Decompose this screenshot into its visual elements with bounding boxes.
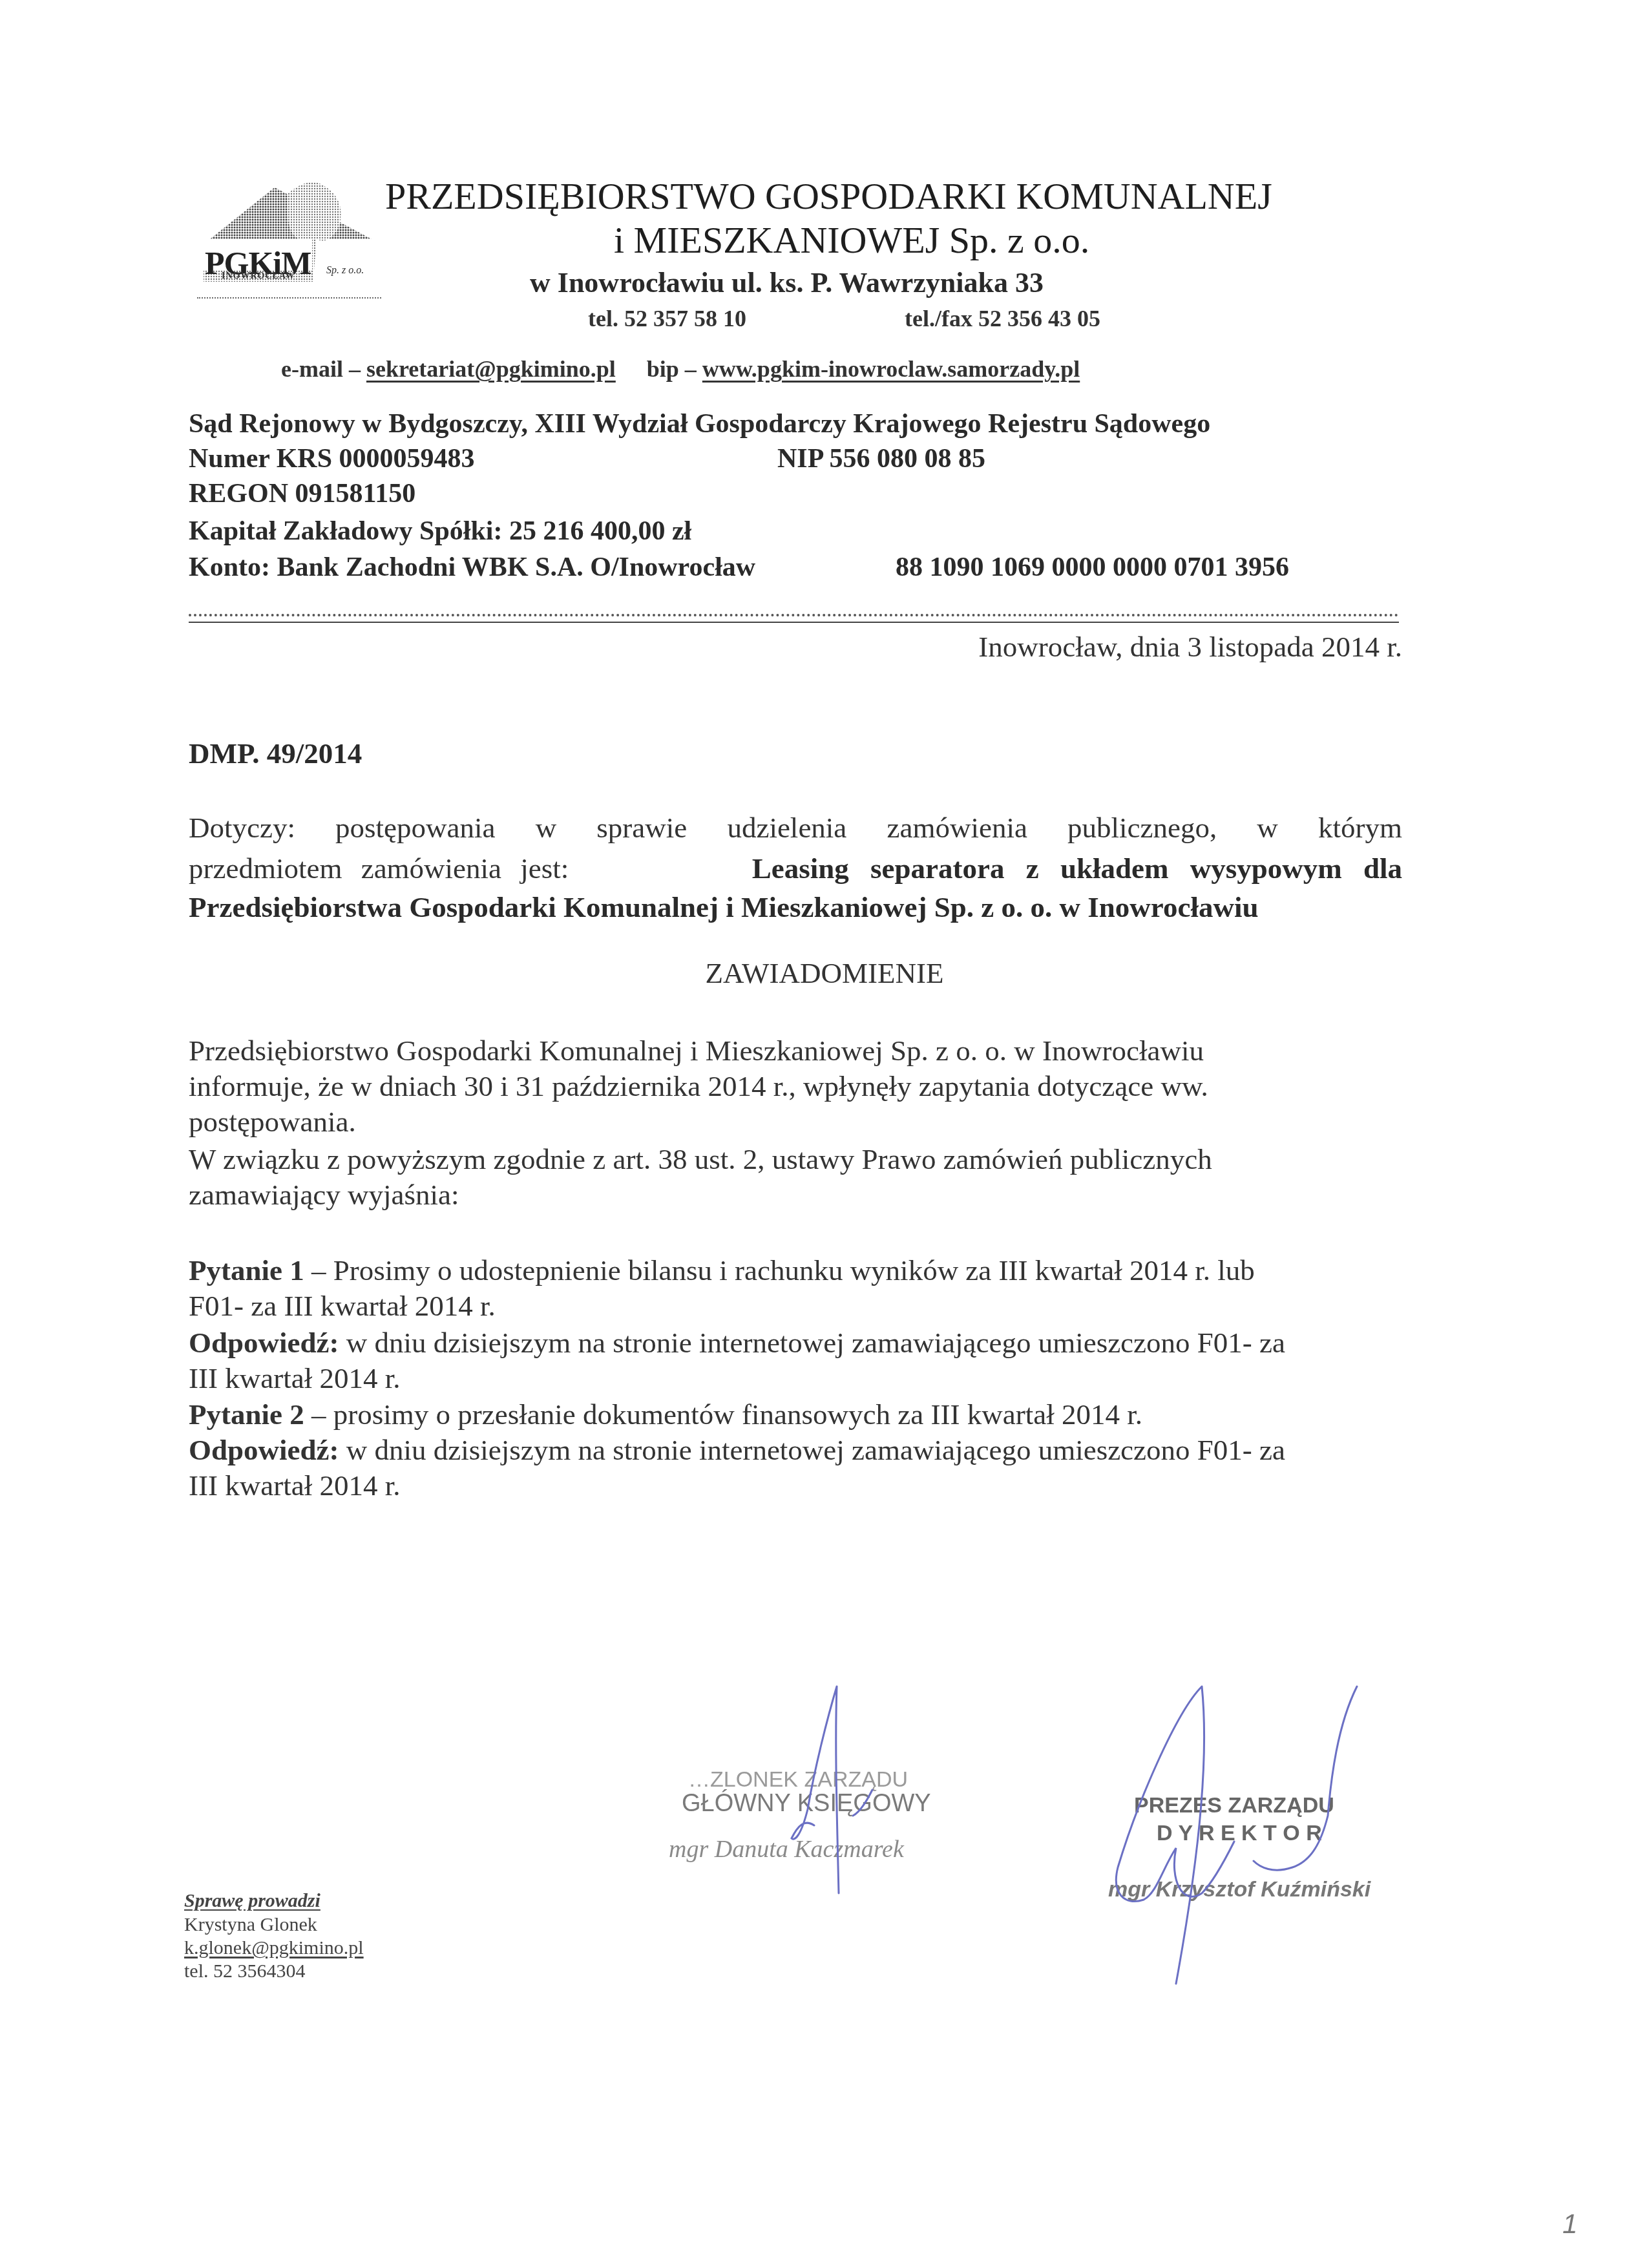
subject-line1: Dotyczy: postępowania w sprawie udzielen… (189, 811, 1402, 845)
signature-right-icon (1098, 1674, 1396, 1990)
email-row: e-mail – sekretariat@pgkimino.pl bip – w… (281, 355, 1080, 383)
logo-legal-form: Sp. z o.o. (326, 265, 364, 277)
subject-intro: przedmiotem zamówienia jest: (189, 852, 569, 885)
header-dotted-divider (189, 614, 1399, 616)
bank-name: Konto: Bank Zachodni WBK S.A. O/Inowrocł… (189, 552, 755, 583)
logo-divider (197, 297, 381, 299)
intro-line: Przedsiębiorstwo Gospodarki Komunalnej i… (189, 1034, 1204, 1067)
intro-line: informuje, że w dniach 30 i 31 październ… (189, 1069, 1208, 1103)
company-name-line1: PRZEDSIĘBIORSTWO GOSPODARKI KOMUNALNEJ (385, 174, 1272, 218)
answer-1-text: w dniu dzisiejszym na stronie internetow… (339, 1327, 1286, 1359)
answer-1-cont: III kwartał 2014 r. (189, 1361, 400, 1395)
intro-line: zamawiający wyjaśnia: (189, 1178, 459, 1212)
handled-by-name: Krystyna Glonek (184, 1914, 317, 1936)
logo-city: INOWROCŁAW (222, 271, 295, 282)
subject-line2: przedmiotem zamówienia jest: Leasing sep… (189, 852, 1402, 885)
handled-by-label: Sprawę prowadzi (184, 1890, 320, 1912)
answer-1-label: Odpowiedź: (189, 1327, 339, 1359)
answer-2-text: w dniu dzisiejszym na stronie internetow… (339, 1434, 1286, 1466)
bank-account: 88 1090 1069 0000 0000 0701 3956 (896, 552, 1289, 583)
reference-number: DMP. 49/2014 (189, 737, 362, 770)
page-number: 1 (1562, 2209, 1577, 2240)
mountains-tree-icon (197, 174, 384, 304)
company-name-line2: i MIESZKANIOWEJ Sp. z o.o. (614, 218, 1089, 262)
bip-label: bip – (647, 356, 697, 382)
answer-2-label: Odpowiedź: (189, 1434, 339, 1466)
question-1-text: – Prosimy o udostepnienie bilansu i rach… (304, 1254, 1255, 1286)
company-logo: PGKiM INOWROCŁAW Sp. z o.o. (197, 174, 384, 304)
answer-2: Odpowiedź: w dniu dzisiejszym na stronie… (189, 1433, 1285, 1467)
document-title: ZAWIADOMIENIE (0, 956, 1649, 990)
question-1-cont: F01- za III kwartał 2014 r. (189, 1289, 496, 1323)
date-line: Inowrocław, dnia 3 listopada 2014 r. (978, 630, 1402, 664)
header-line-divider (189, 622, 1399, 623)
regon-number: REGON 091581150 (189, 478, 415, 509)
subject-title-part1: Leasing separatora z układem wysypowym d… (752, 852, 1402, 885)
email-label: e-mail – (281, 356, 361, 382)
intro-line: W związku z powyższym zgodnie z art. 38 … (189, 1142, 1212, 1176)
handled-by-phone: tel. 52 3564304 (184, 1960, 306, 1982)
company-phone: tel. 52 357 58 10 (588, 305, 746, 332)
question-1-label: Pytanie 1 (189, 1254, 304, 1286)
question-2-label: Pytanie 2 (189, 1398, 304, 1431)
company-address: w Inowrocławiu ul. ks. P. Wawrzyniaka 33 (530, 266, 1044, 299)
question-2: Pytanie 2 – prosimy o przesłanie dokumen… (189, 1398, 1142, 1431)
krs-number: Numer KRS 0000059483 (189, 443, 475, 474)
nip-number: NIP 556 080 08 85 (777, 443, 985, 474)
company-fax: tel./fax 52 356 43 05 (905, 305, 1100, 332)
answer-2-cont: III kwartał 2014 r. (189, 1469, 400, 1502)
court-registry: Sąd Rejonowy w Bydgoszczy, XIII Wydział … (189, 408, 1210, 439)
question-1: Pytanie 1 – Prosimy o udostepnienie bila… (189, 1254, 1255, 1287)
answer-1: Odpowiedź: w dniu dzisiejszym na stronie… (189, 1326, 1285, 1360)
question-2-text: – prosimy o przesłanie dokumentów finans… (304, 1398, 1142, 1431)
signature-left-icon (762, 1680, 905, 1900)
share-capital: Kapitał Zakładowy Spółki: 25 216 400,00 … (189, 516, 691, 547)
subject-title-part2: Przedsiębiorstwa Gospodarki Komunalnej i… (189, 890, 1258, 924)
company-email-link[interactable]: sekretariat@pgkimino.pl (366, 356, 616, 382)
intro-line: postępowania. (189, 1105, 356, 1139)
bip-link[interactable]: www.pgkim-inowroclaw.samorzady.pl (702, 356, 1080, 382)
handled-by-email-link[interactable]: k.glonek@pgkimino.pl (184, 1937, 364, 1959)
